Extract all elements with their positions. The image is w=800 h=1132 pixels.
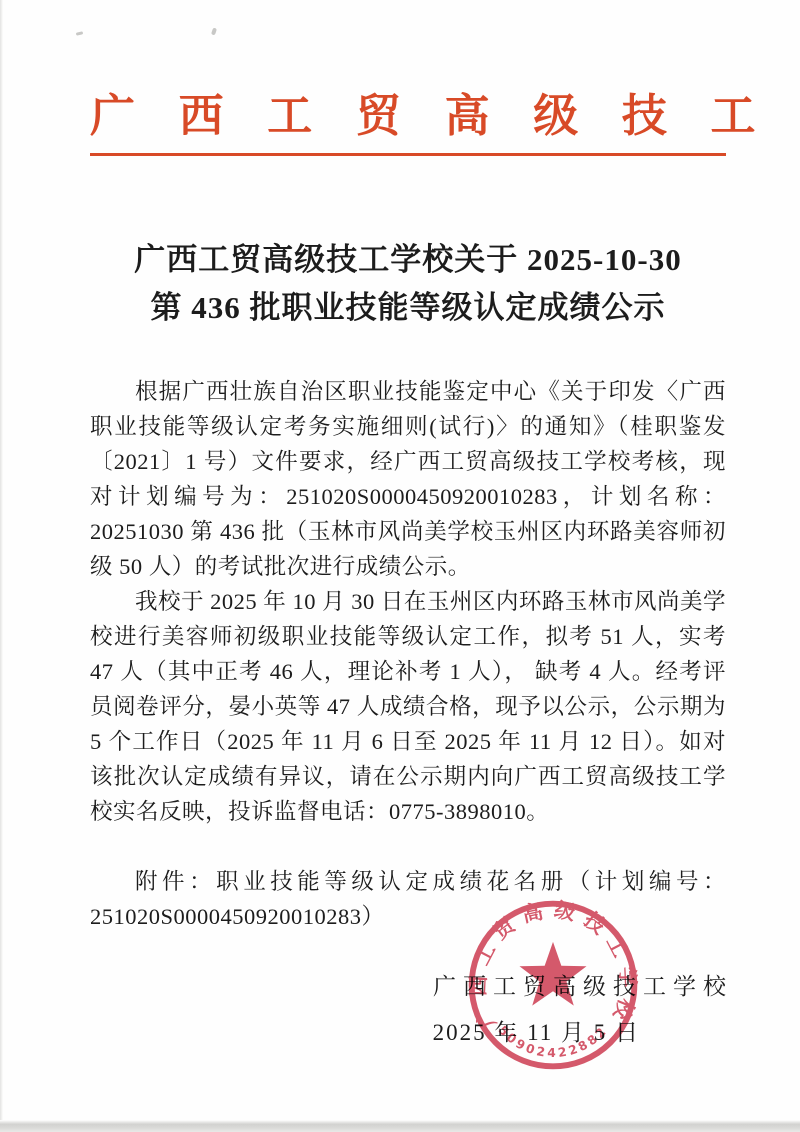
scan-bottom-edge	[0, 1120, 800, 1132]
signature-date: 2025 年 11 月 5 日	[90, 1014, 640, 1047]
attachment-note: 附件：职业技能等级认定成绩花名册（计划编号：251020S00004509200…	[90, 864, 726, 934]
page-title-line-1: 广西工贸高级技工学校关于 2025-10-30	[90, 236, 726, 284]
paragraph-policy-basis: 根据广西壮族自治区职业技能鉴定中心《关于印发〈广西职业技能等级认定考务实施细则(…	[90, 374, 726, 584]
page-title: 广西工贸高级技工学校关于 2025-10-30 第 436 批职业技能等级认定成…	[90, 236, 726, 332]
signature-organization: 广西工贸高级技工学校	[90, 968, 733, 1001]
letterhead-school-name: 广 西 工 贸 高 级 技 工 学 校	[90, 88, 742, 144]
page-title-line-2: 第 436 批职业技能等级认定成绩公示	[90, 284, 726, 332]
document-content: 广 西 工 贸 高 级 技 工 学 校 广西工贸高级技工学校关于 2025-10…	[0, 0, 800, 1047]
signature-block: 广西工贸高级技工学校 2025 年 11 月 5 日	[90, 968, 726, 1047]
document-page: 广 西 工 贸 高 级 技 工 学 校 广西工贸高级技工学校关于 2025-10…	[0, 0, 800, 1132]
document-body: 根据广西壮族自治区职业技能鉴定中心《关于印发〈广西职业技能等级认定考务实施细则(…	[90, 374, 726, 934]
scan-left-edge	[0, 0, 3, 1132]
paragraph-exam-results: 我校于 2025 年 10 月 30 日在玉州区内环路玉林市风尚美学校进行美容师…	[90, 584, 726, 829]
letterhead-rule	[90, 153, 726, 156]
